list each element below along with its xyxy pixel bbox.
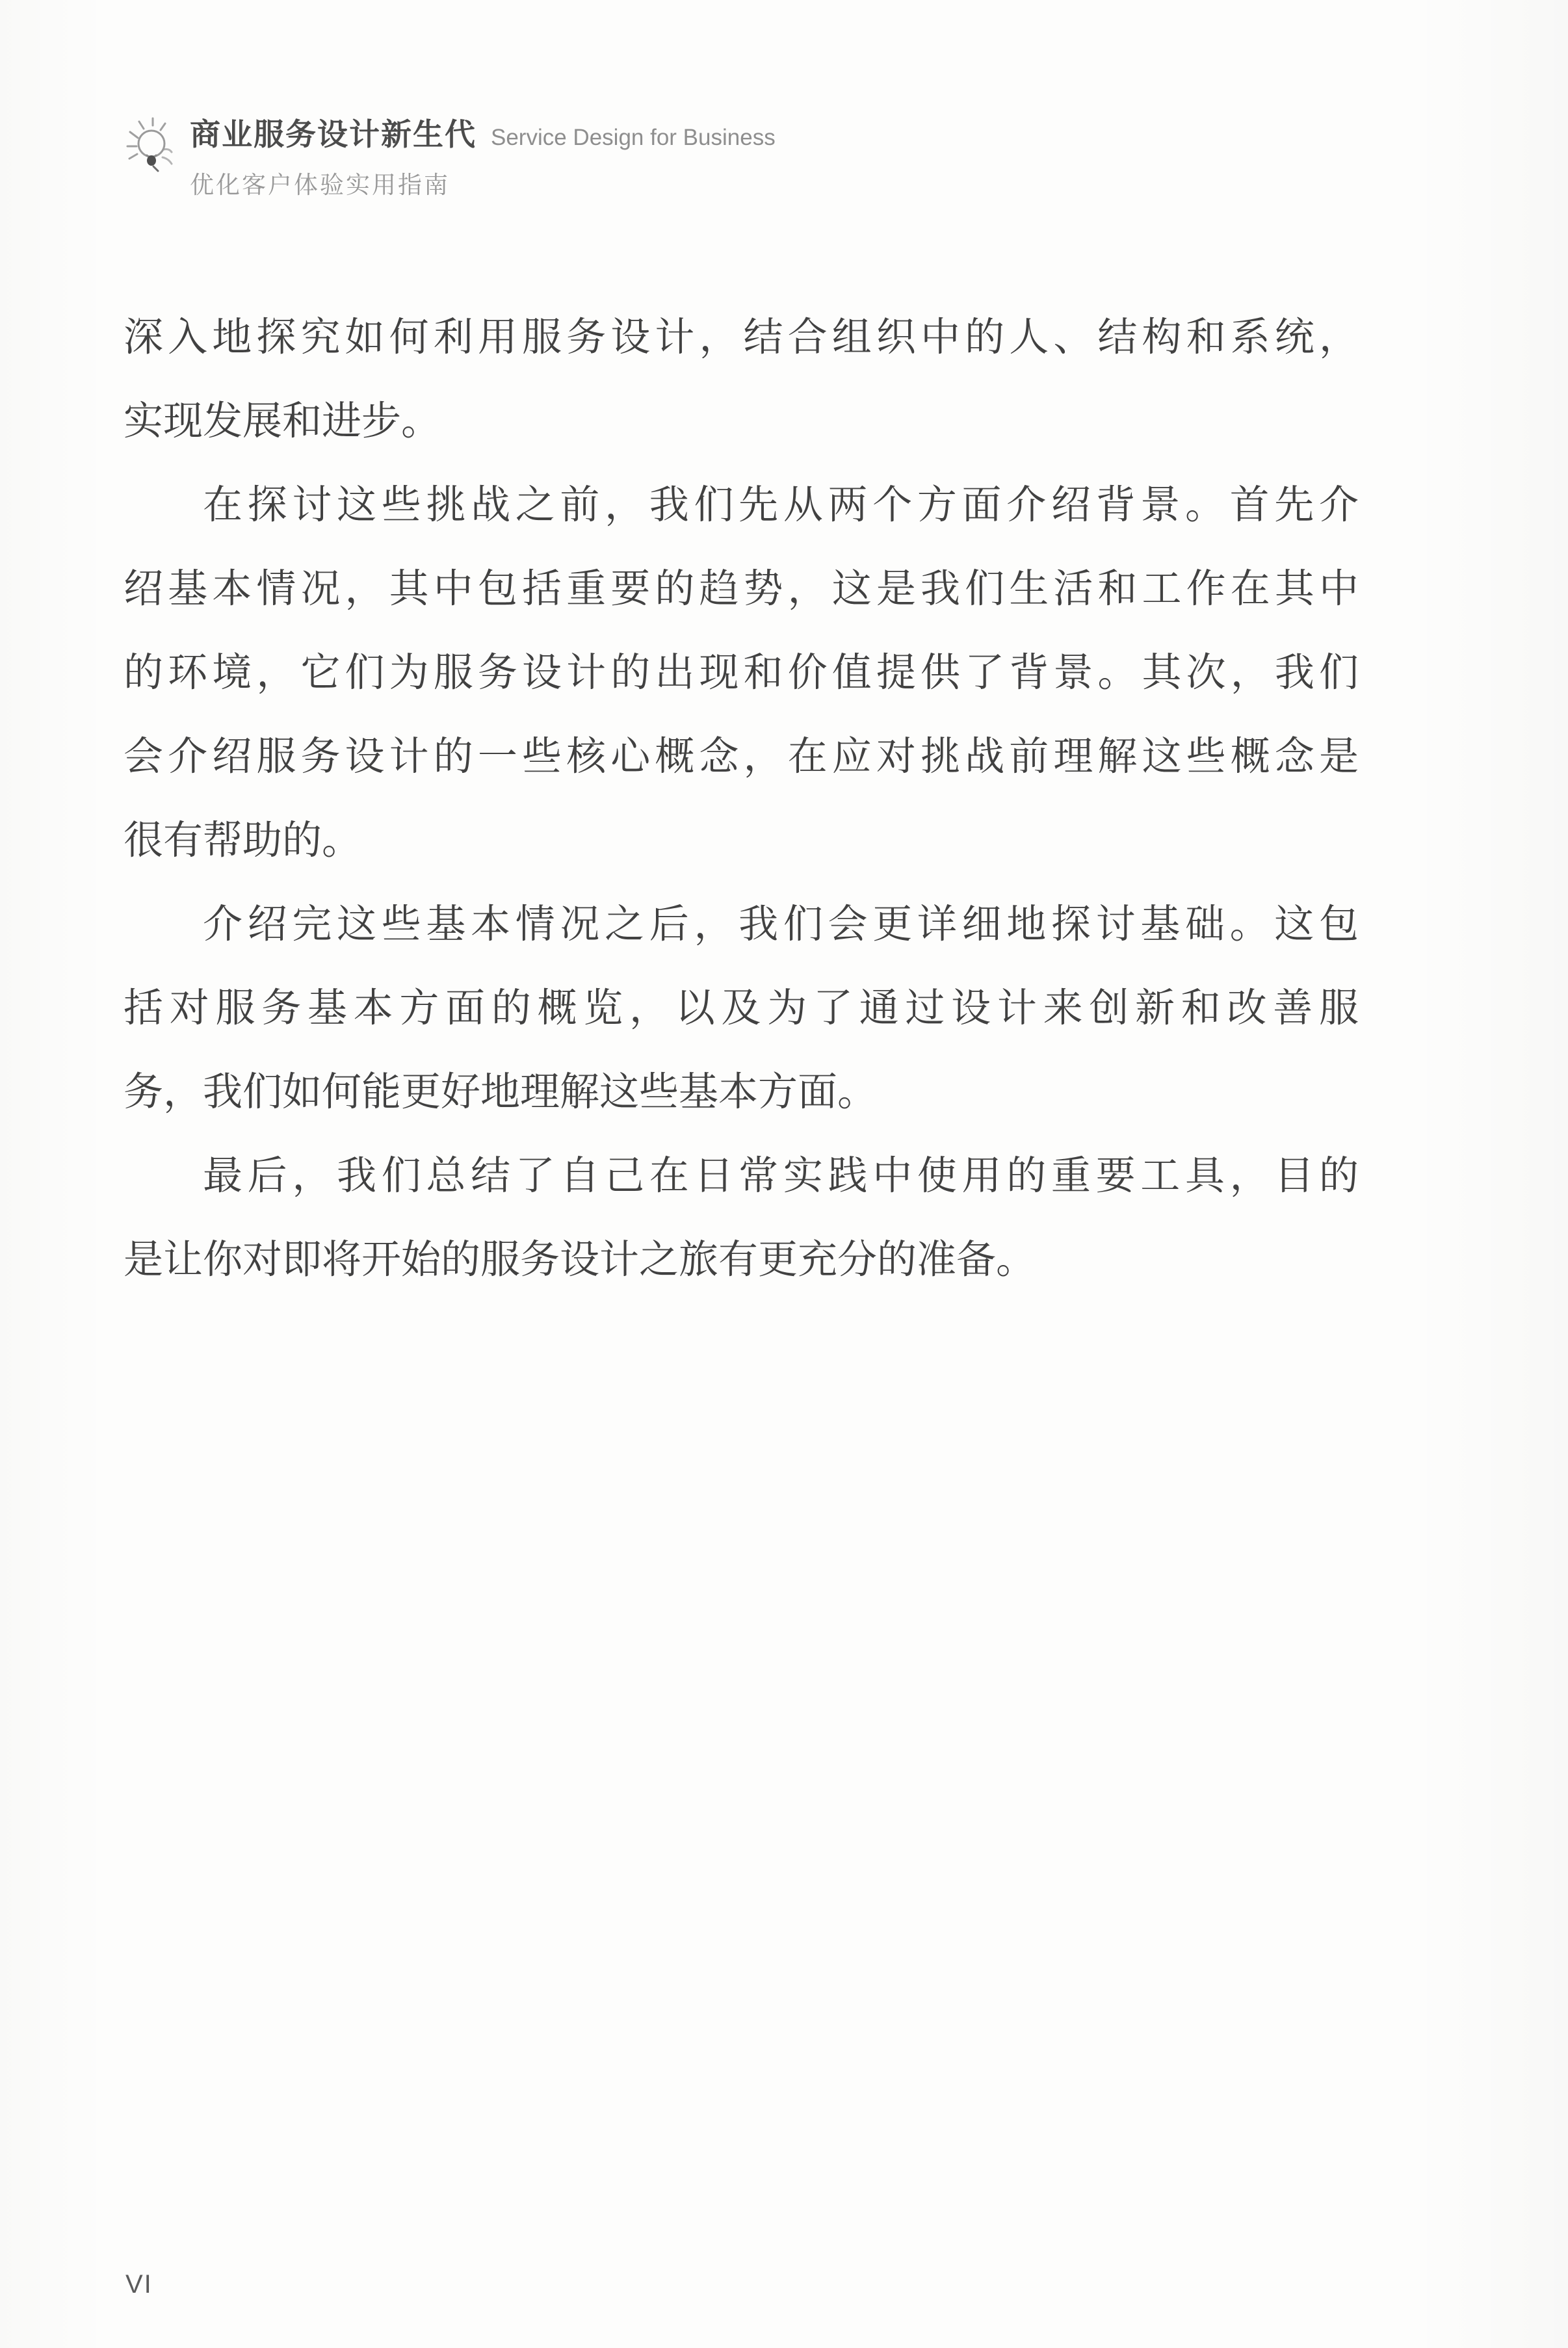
text-line: 的环境，它们为服务设计的出现和价值提供了背景。其次，我们	[124, 631, 1359, 715]
lightbulb-icon	[124, 117, 178, 176]
paragraph: 介绍完这些基本情况之后，我们会更详细地探讨基础。这包 括对服务基本方面的概览，以…	[124, 883, 1359, 1134]
paragraph: 在探讨这些挑战之前，我们先从两个方面介绍背景。首先介 绍基本情况，其中包括重要的…	[124, 463, 1359, 883]
page-footer: VI	[125, 2270, 153, 2299]
book-title: 商业服务设计新生代	[190, 117, 477, 151]
text-line: 在探讨这些挑战之前，我们先从两个方面介绍背景。首先介	[124, 463, 1359, 547]
paragraph: 深入地探究如何利用服务设计，结合组织中的人、结构和系统， 实现发展和进步。	[124, 296, 1359, 463]
text-line: 是让你对即将开始的服务设计之旅有更充分的准备。	[124, 1218, 1359, 1302]
paragraph: 最后，我们总结了自己在日常实践中使用的重要工具，目的 是让你对即将开始的服务设计…	[124, 1134, 1359, 1302]
text-line: 深入地探究如何利用服务设计，结合组织中的人、结构和系统，	[124, 296, 1359, 380]
text-line: 实现发展和进步。	[124, 380, 1359, 463]
book-page: 商业服务设计新生代 Service Design for Business 优化…	[0, 0, 1568, 2348]
text-line: 介绍完这些基本情况之后，我们会更详细地探讨基础。这包	[124, 883, 1359, 967]
text-line: 务，我们如何能更好地理解这些基本方面。	[124, 1050, 1359, 1134]
header-text: 商业服务设计新生代 Service Design for Business 优化…	[190, 114, 776, 200]
book-title-english: Service Design for Business	[491, 125, 776, 150]
page-number: VI	[125, 2270, 153, 2299]
text-line: 会介绍服务设计的一些核心概念，在应对挑战前理解这些概念是	[124, 715, 1359, 799]
text-line: 括对服务基本方面的概览，以及为了通过设计来创新和改善服	[124, 967, 1359, 1050]
body-text: 深入地探究如何利用服务设计，结合组织中的人、结构和系统， 实现发展和进步。 在探…	[124, 296, 1359, 1302]
title-row: 商业服务设计新生代 Service Design for Business	[190, 114, 776, 155]
book-subtitle: 优化客户体验实用指南	[190, 165, 776, 200]
text-line: 很有帮助的。	[124, 799, 1359, 883]
text-line: 绍基本情况，其中包括重要的趋势，这是我们生活和工作在其中	[124, 547, 1359, 631]
text-line: 最后，我们总结了自己在日常实践中使用的重要工具，目的	[124, 1134, 1359, 1218]
